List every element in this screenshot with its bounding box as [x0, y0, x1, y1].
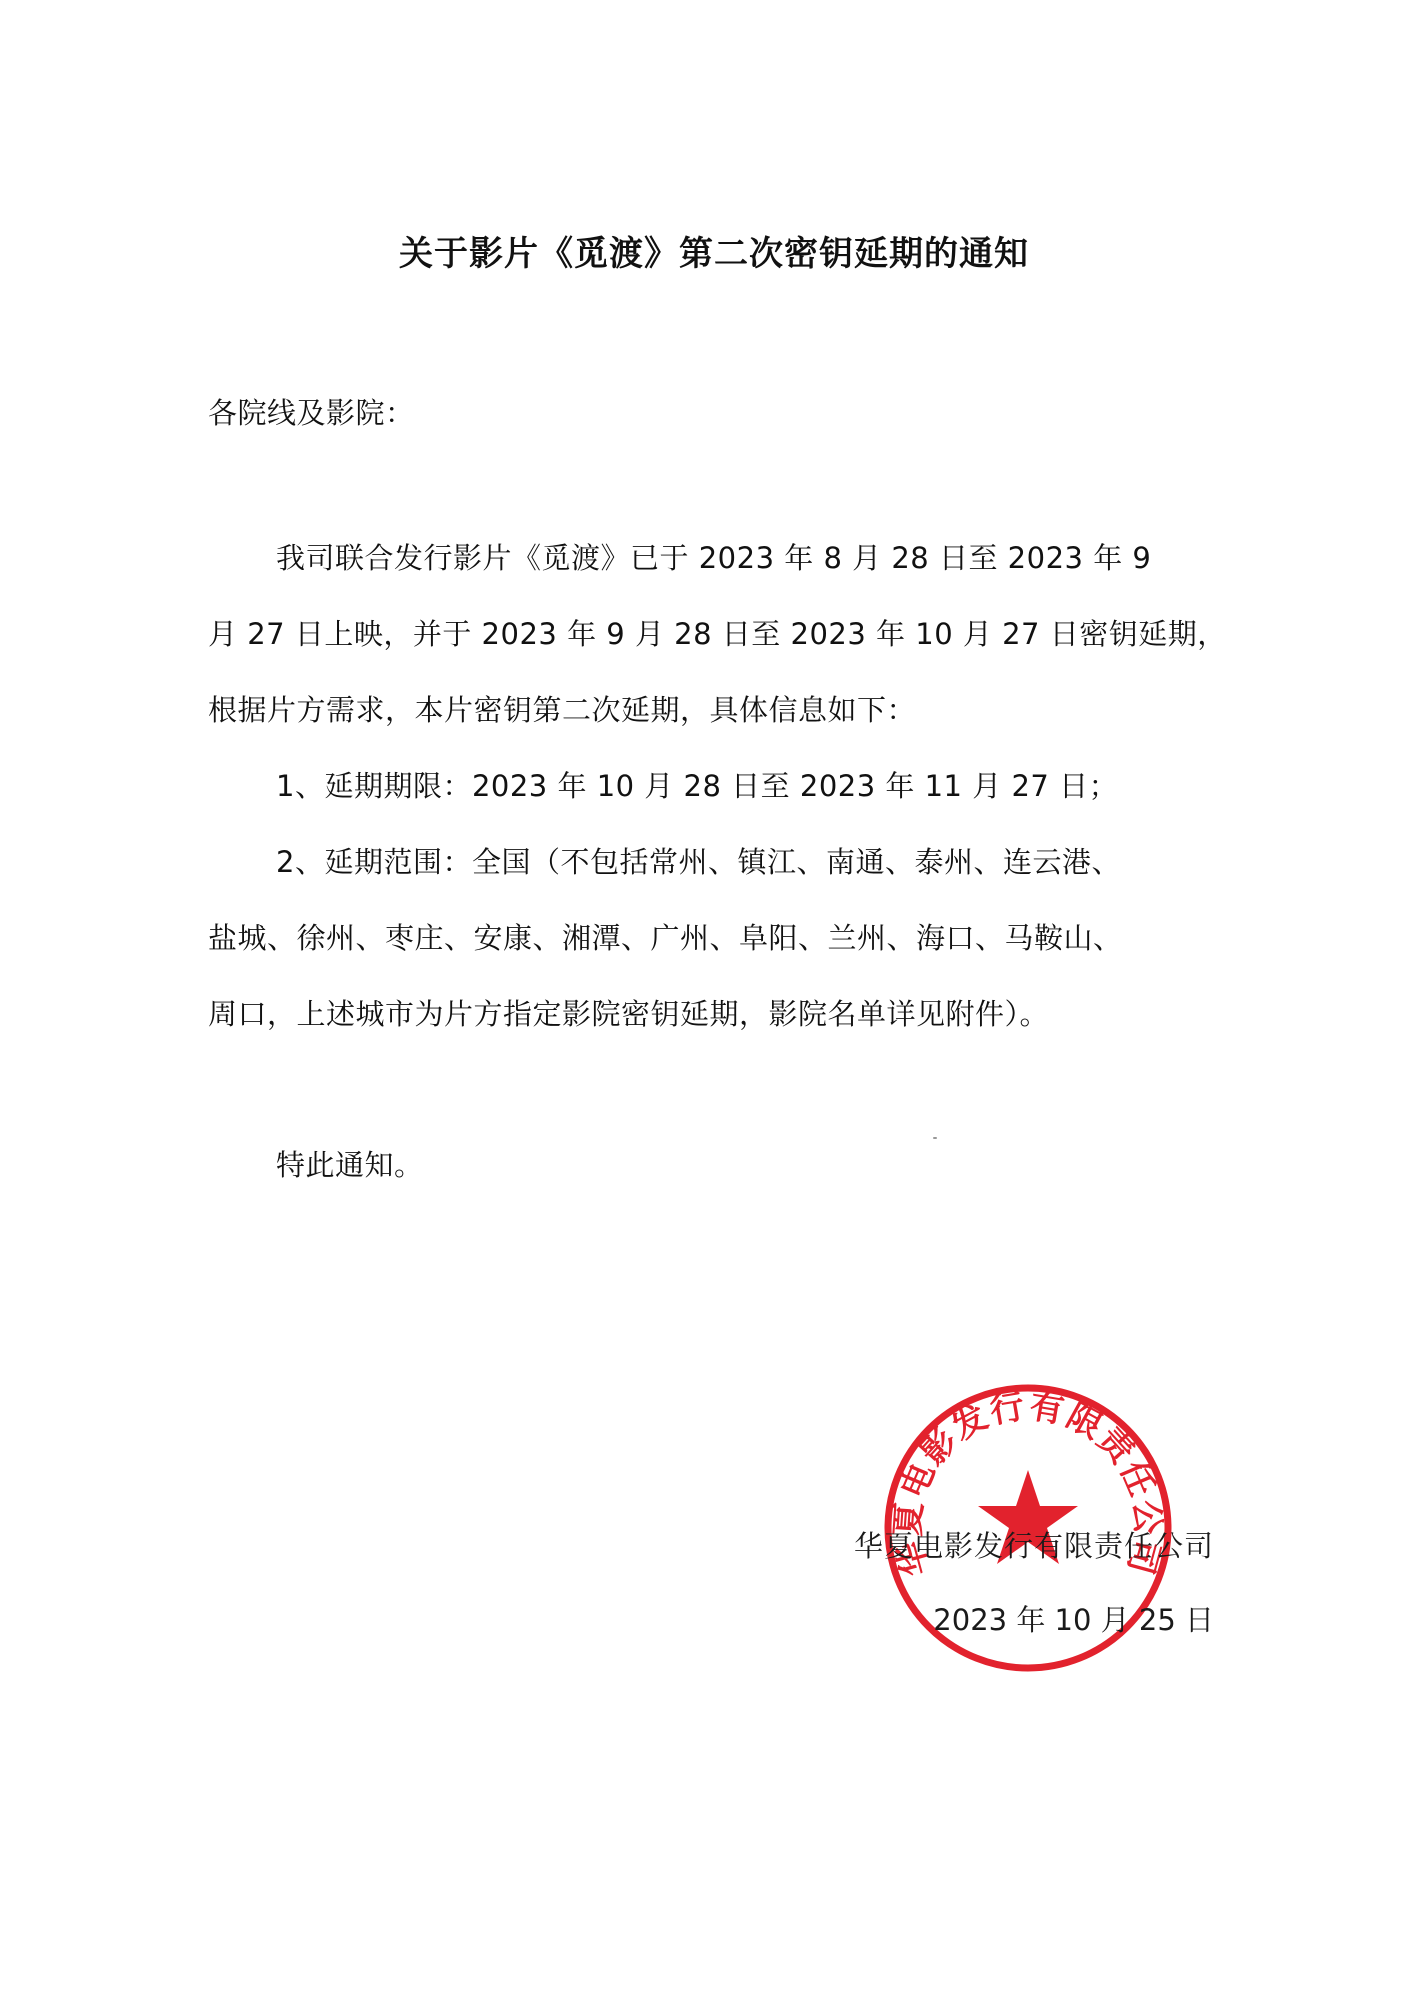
document-page: 关于影片《觅渡》第二次密钥延期的通知 各院线及影院： 我司联合发行影片《觅渡》已… [0, 0, 1428, 2016]
closing-remark: 特此通知。 [276, 1145, 424, 1185]
scan-speck [933, 1137, 937, 1139]
list-item-extension-scope-cont: 周口，上述城市为片方指定影院密钥延期，影院名单详见附件）。 [208, 994, 1049, 1034]
signature-company: 华夏电影发行有限责任公司 [854, 1526, 1214, 1566]
salutation: 各院线及影院： [208, 393, 415, 433]
list-item-extension-period: 1、延期期限：2023 年 10 月 28 日至 2023 年 11 月 27 … [276, 766, 1118, 806]
paragraph-line: 我司联合发行影片《觅渡》已于 2023 年 8 月 28 日至 2023 年 9 [276, 538, 1151, 578]
signature-date: 2023 年 10 月 25 日 [933, 1600, 1214, 1640]
paragraph-line: 月 27 日上映，并于 2023 年 9 月 28 日至 2023 年 10 月… [208, 614, 1227, 654]
list-item-extension-scope-cont: 盐城、徐州、枣庄、安康、湘潭、广州、阜阳、兰州、海口、马鞍山、 [208, 918, 1123, 958]
paragraph-line: 根据片方需求，本片密钥第二次延期，具体信息如下： [208, 690, 916, 730]
list-item-extension-scope: 2、延期范围：全国（不包括常州、镇江、南通、泰州、连云港、 [276, 842, 1121, 882]
document-title: 关于影片《觅渡》第二次密钥延期的通知 [0, 226, 1428, 275]
